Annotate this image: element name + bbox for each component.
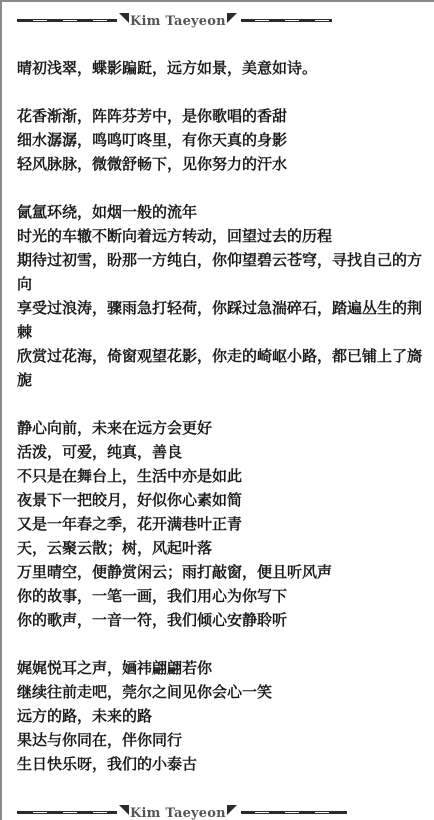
- paragraph-3: 氤氲环绕，如烟一般的流年 时光的车辙不断向着远方转动，回望过去的历程 期待过初雪…: [17, 200, 432, 392]
- triangle-upper-left-icon: [227, 805, 237, 815]
- paragraph-4: 静心向前，未来在远方会更好 活泼，可爱，纯真，善良 不只是在舞台上，生活中亦是如…: [17, 416, 432, 632]
- text-line: 天，云聚云散；树，风起叶落: [17, 536, 432, 560]
- decorative-rule-right: [241, 811, 347, 814]
- text-line: 继续往前走吧，莞尔之间见你会心一笑: [17, 680, 432, 704]
- paragraph-5: 娓娓悦耳之声，婳祎翩翩若你 继续往前走吧，莞尔之间见你会心一笑 远方的路，未来的…: [17, 656, 432, 776]
- document-content: Kim Taeyeon 晴初浅翠，蝶影蹁跹，远方如景，美意如诗。 花香渐渐，阵阵…: [17, 2, 432, 820]
- text-line: 晴初浅翠，蝶影蹁跹，远方如景，美意如诗。: [17, 56, 432, 80]
- text-line: 万里晴空，便静赏闲云；雨打敲窗，便且听风声: [17, 560, 432, 584]
- text-line: 轻风脉脉，微微舒畅下，见你努力的汗水: [17, 152, 432, 176]
- document-frame: Kim Taeyeon 晴初浅翠，蝶影蹁跹，远方如景，美意如诗。 花香渐渐，阵阵…: [0, 0, 434, 820]
- triangle-upper-left-icon: [227, 13, 237, 23]
- text-line: 期待过初雪，盼那一方纯白，你仰望碧云苍穹，寻找自己的方向: [17, 248, 432, 296]
- text-line: 活泼，可爱，纯真，善良: [17, 440, 432, 464]
- footer-divider: Kim Taeyeon: [17, 800, 432, 820]
- triangle-upper-right-icon: [119, 805, 129, 815]
- text-line: 夜景下一把皎月，好似你心素如简: [17, 488, 432, 512]
- paragraph-2: 花香渐渐，阵阵芬芳中，是你歌唱的香甜 细水潺潺，鸣鸣叮咚里，有你天真的身影 轻风…: [17, 104, 432, 176]
- text-line: 享受过浪涛，骤雨急打轻荷，你踩过急湍碎石，踏遍丛生的荆棘: [17, 296, 432, 344]
- text-line: 细水潺潺，鸣鸣叮咚里，有你天真的身影: [17, 128, 432, 152]
- decorative-rule-left: [17, 19, 117, 22]
- decorative-rule-left: [17, 811, 117, 814]
- text-line: 你的故事，一笔一画，我们用心为你写下: [17, 584, 432, 608]
- text-line: 又是一年春之季，花开满巷叶正青: [17, 512, 432, 536]
- footer-brand: Kim Taeyeon: [129, 802, 227, 820]
- decorative-rule-right: [241, 19, 332, 22]
- text-line: 静心向前，未来在远方会更好: [17, 416, 432, 440]
- text-line: 娓娓悦耳之声，婳祎翩翩若你: [17, 656, 432, 680]
- paragraph-1: 晴初浅翠，蝶影蹁跹，远方如景，美意如诗。: [17, 56, 432, 80]
- text-line: 远方的路，未来的路: [17, 704, 432, 728]
- header-brand: Kim Taeyeon: [129, 10, 227, 34]
- text-line: 生日快乐呀，我们的小泰古: [17, 752, 432, 776]
- triangle-upper-right-icon: [119, 13, 129, 23]
- text-line: 欣赏过花海，倚窗观望花影，你走的崎岖小路，都已铺上了旖旎: [17, 344, 432, 392]
- text-line: 你的歌声，一音一符，我们倾心安静聆听: [17, 608, 432, 632]
- text-line: 氤氲环绕，如烟一般的流年: [17, 200, 432, 224]
- text-line: 果达与你同在，伴你同行: [17, 728, 432, 752]
- text-line: 不只是在舞台上，生活中亦是如此: [17, 464, 432, 488]
- header-divider: Kim Taeyeon: [17, 8, 432, 32]
- text-line: 时光的车辙不断向着远方转动，回望过去的历程: [17, 224, 432, 248]
- text-line: 花香渐渐，阵阵芬芳中，是你歌唱的香甜: [17, 104, 432, 128]
